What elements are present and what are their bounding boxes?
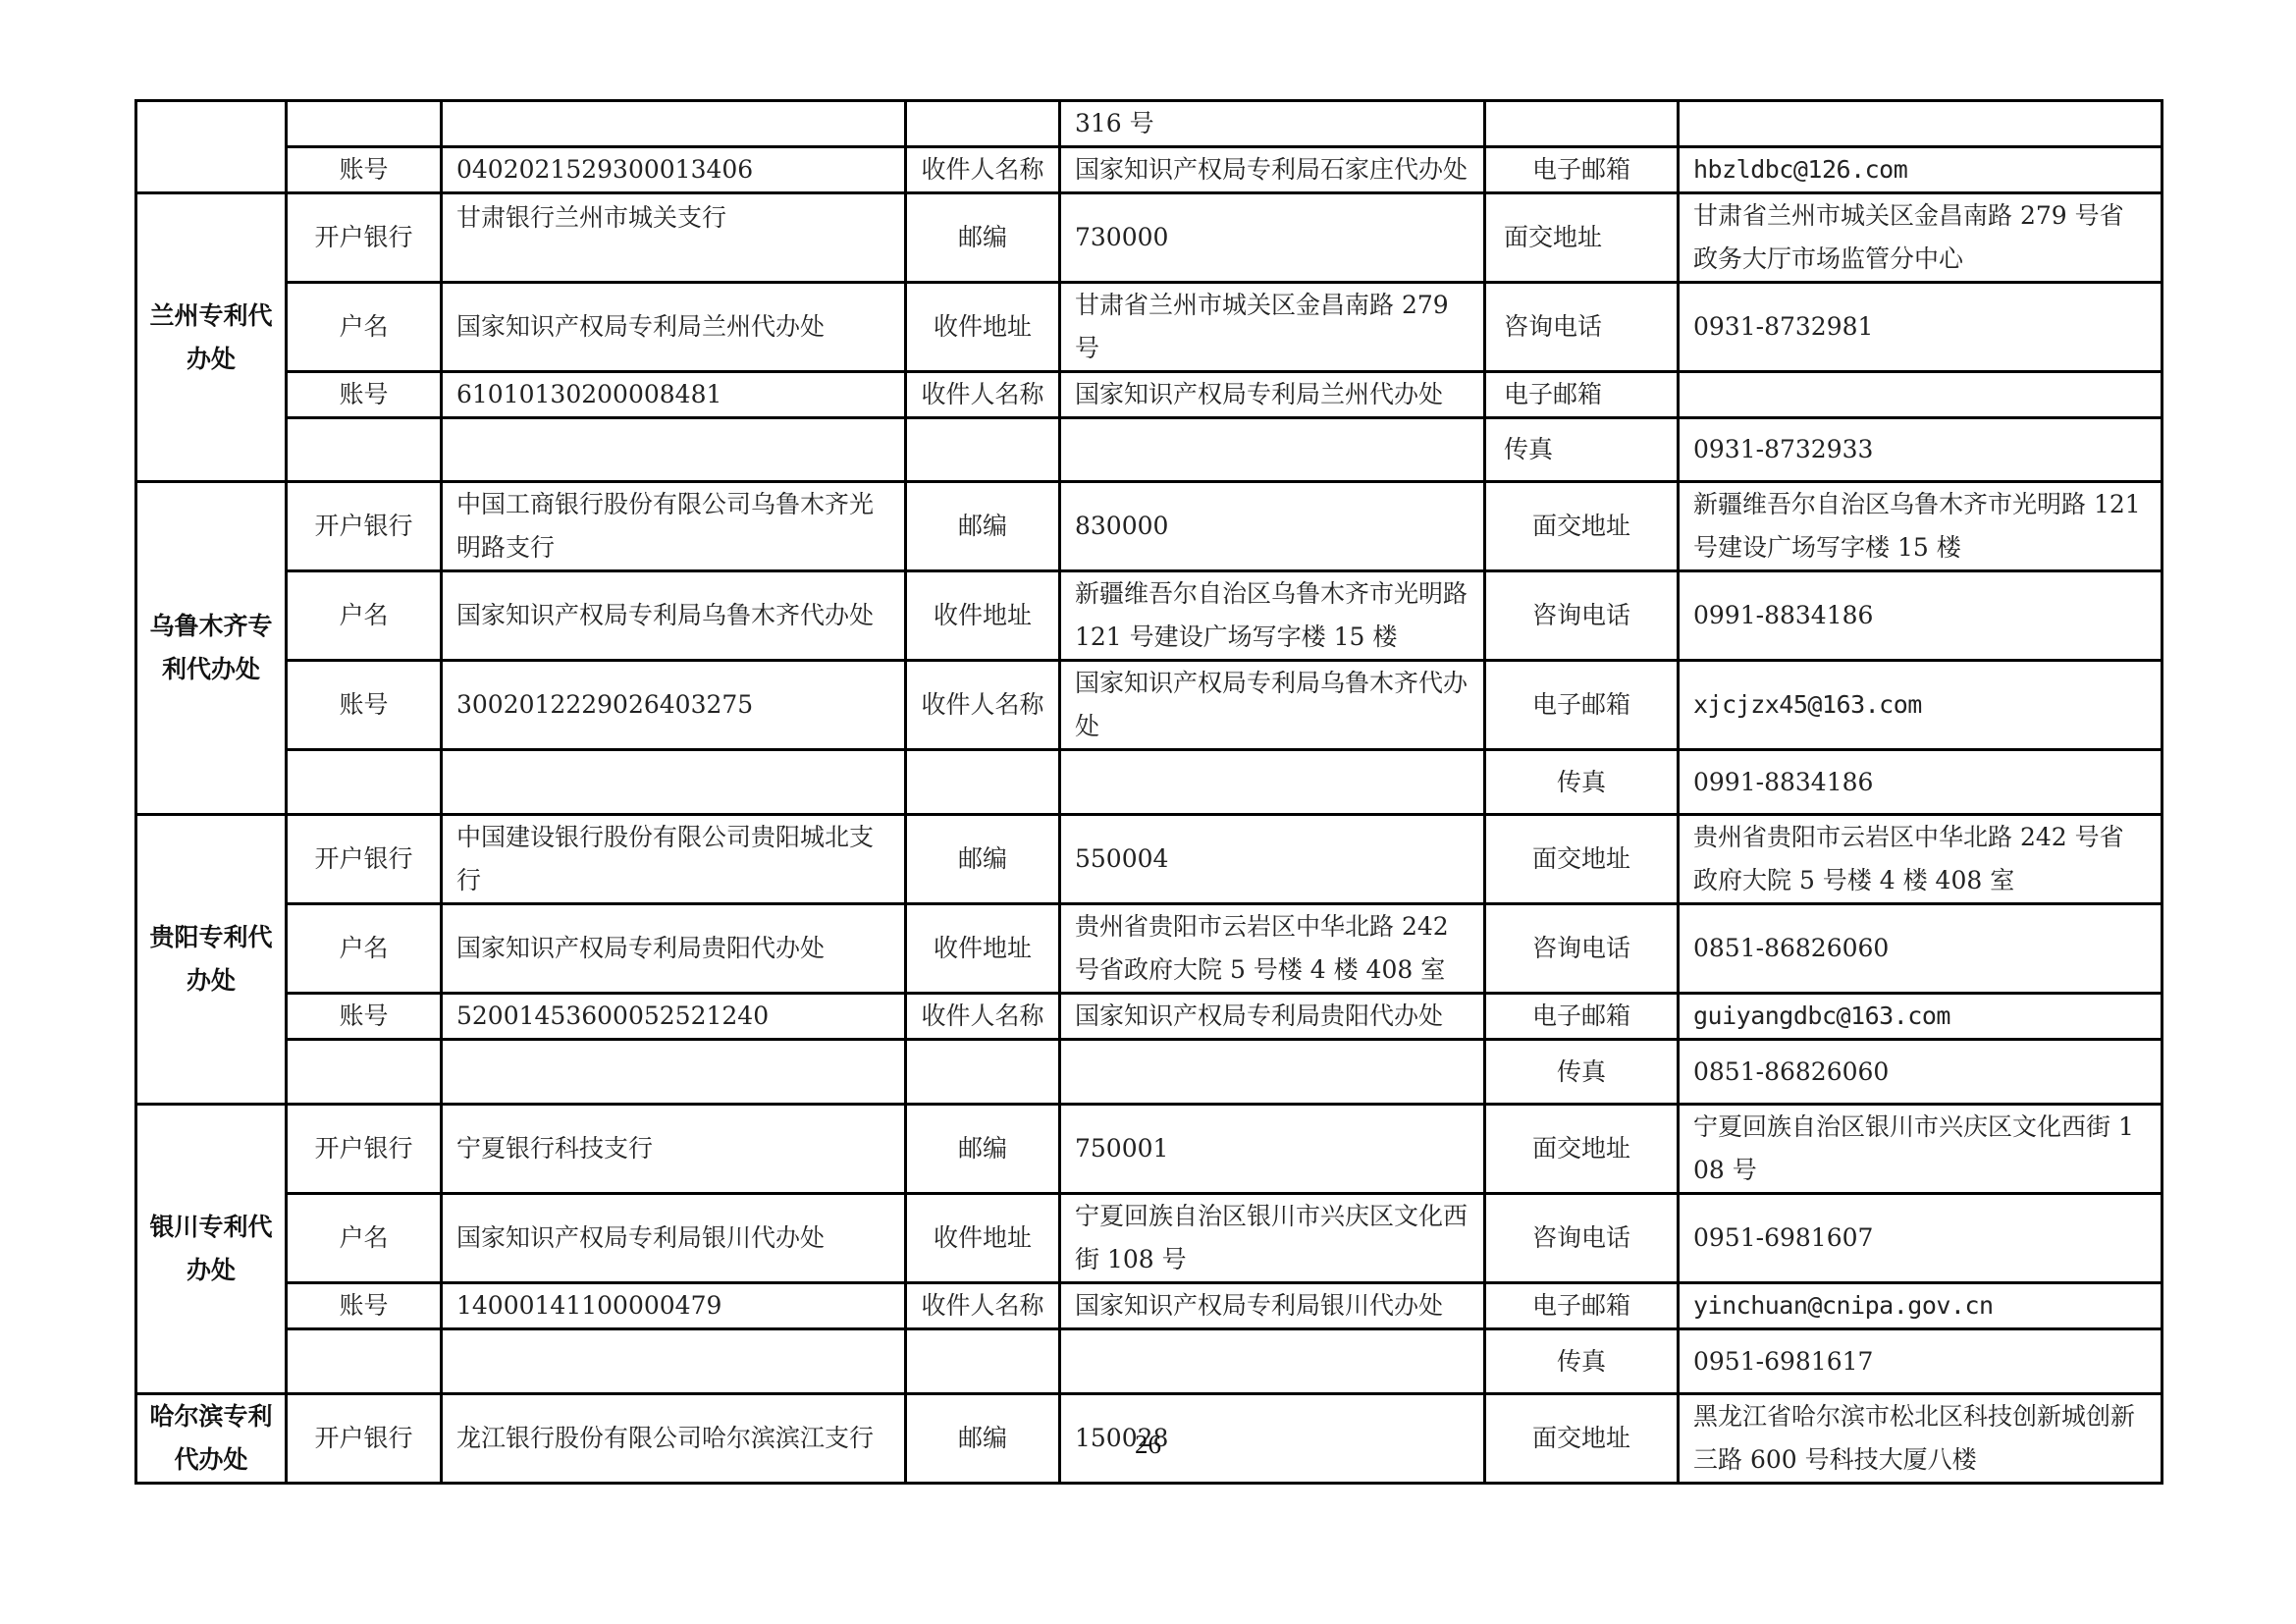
recipient: 国家知识产权局专利局银川代办处 — [1060, 1283, 1485, 1329]
recipient: 国家知识产权局专利局兰州代办处 — [1060, 372, 1485, 418]
fax: 0951-6981617 — [1679, 1329, 2163, 1394]
phone: 0991-8834186 — [1679, 571, 2163, 661]
office-address: 宁夏回族自治区银川市兴庆区文化西街 108 号 — [1679, 1105, 2163, 1194]
label-recipient: 收件人名称 — [906, 372, 1060, 418]
label-recipient: 收件人名称 — [906, 1283, 1060, 1329]
label-email: 电子邮箱 — [1485, 372, 1679, 418]
account-no: 52001453600052521240 — [442, 994, 906, 1040]
office-address: 甘肃省兰州市城关区金昌南路 279 号省政务大厅市场监管分中心 — [1679, 193, 2163, 283]
office-name: 兰州专利代办处 — [136, 193, 287, 482]
table-row: 传真 0851-86826060 — [136, 1040, 2163, 1105]
label-account-no: 账号 — [287, 661, 442, 750]
label-fax: 传真 — [1485, 418, 1679, 482]
label-office-address: 面交地址 — [1485, 193, 1679, 283]
account-name: 国家知识产权局专利局银川代办处 — [442, 1194, 906, 1283]
table-row: 传真 0931-8732933 — [136, 418, 2163, 482]
label-account-name: 户名 — [287, 1194, 442, 1283]
label-postcode: 邮编 — [906, 482, 1060, 571]
office-address: 贵州省贵阳市云岩区中华北路 242 号省政府大院 5 号楼 4 楼 408 室 — [1679, 815, 2163, 904]
email: guiyangdbc@163.com — [1679, 994, 2163, 1040]
office-name: 乌鲁木齐专利代办处 — [136, 482, 287, 815]
label-mail-address: 收件地址 — [906, 1194, 1060, 1283]
table-row: 户名 国家知识产权局专利局兰州代办处 收件地址 甘肃省兰州市城关区金昌南路 27… — [136, 283, 2163, 372]
bank: 甘肃银行兰州市城关支行 — [442, 193, 906, 283]
table-row: 传真 0991-8834186 — [136, 750, 2163, 815]
label-phone: 咨询电话 — [1485, 283, 1679, 372]
phone: 0931-8732981 — [1679, 283, 2163, 372]
postcode: 830000 — [1060, 482, 1485, 571]
address-tail: 316 号 — [1060, 101, 1485, 147]
account-no: 14000141100000479 — [442, 1283, 906, 1329]
label-fax: 传真 — [1485, 1040, 1679, 1105]
label-office-address: 面交地址 — [1485, 1105, 1679, 1194]
label-phone: 咨询电话 — [1485, 904, 1679, 994]
label-account-name: 户名 — [287, 571, 442, 661]
fax: 0931-8732933 — [1679, 418, 2163, 482]
table-row: 贵阳专利代办处 开户银行 中国建设银行股份有限公司贵阳城北支行 邮编 55000… — [136, 815, 2163, 904]
label-email: 电子邮箱 — [1485, 1283, 1679, 1329]
table-row: 账号 61010130200008481 收件人名称 国家知识产权局专利局兰州代… — [136, 372, 2163, 418]
label-account-no: 账号 — [287, 372, 442, 418]
account-name: 国家知识产权局专利局乌鲁木齐代办处 — [442, 571, 906, 661]
page-number: 26 — [0, 1430, 2296, 1460]
recipient: 国家知识产权局专利局乌鲁木齐代办处 — [1060, 661, 1485, 750]
email: yinchuan@cnipa.gov.cn — [1679, 1283, 2163, 1329]
postcode: 730000 — [1060, 193, 1485, 283]
table-row: 账号 14000141100000479 收件人名称 国家知识产权局专利局银川代… — [136, 1283, 2163, 1329]
label-postcode: 邮编 — [906, 815, 1060, 904]
phone: 0951-6981607 — [1679, 1194, 2163, 1283]
table-row: 户名 国家知识产权局专利局贵阳代办处 收件地址 贵州省贵阳市云岩区中华北路 24… — [136, 904, 2163, 994]
office-address: 新疆维吾尔自治区乌鲁木齐市光明路 121 号建设广场写字楼 15 楼 — [1679, 482, 2163, 571]
account-no: 3002012229026403275 — [442, 661, 906, 750]
office-name-cell — [136, 101, 287, 193]
bank: 中国工商银行股份有限公司乌鲁木齐光明路支行 — [442, 482, 906, 571]
label-bank: 开户银行 — [287, 482, 442, 571]
bank: 宁夏银行科技支行 — [442, 1105, 906, 1194]
mail-address: 甘肃省兰州市城关区金昌南路 279 号 — [1060, 283, 1485, 372]
bank: 中国建设银行股份有限公司贵阳城北支行 — [442, 815, 906, 904]
label-bank: 开户银行 — [287, 815, 442, 904]
email: hbzldbc@126.com — [1679, 147, 2163, 193]
mail-address: 宁夏回族自治区银川市兴庆区文化西街 108 号 — [1060, 1194, 1485, 1283]
label-recipient: 收件人名称 — [906, 661, 1060, 750]
label-phone: 咨询电话 — [1485, 1194, 1679, 1283]
label-mail-address: 收件地址 — [906, 904, 1060, 994]
patent-office-table: 316 号 账号 0402021529300013406 收件人名称 国家知识产… — [134, 99, 2163, 1485]
table-row: 账号 52001453600052521240 收件人名称 国家知识产权局专利局… — [136, 994, 2163, 1040]
account-no: 0402021529300013406 — [442, 147, 906, 193]
phone: 0851-86826060 — [1679, 904, 2163, 994]
label-postcode: 邮编 — [906, 193, 1060, 283]
label-email: 电子邮箱 — [1485, 661, 1679, 750]
label-account-name: 户名 — [287, 283, 442, 372]
postcode: 550004 — [1060, 815, 1485, 904]
table-row: 乌鲁木齐专利代办处 开户银行 中国工商银行股份有限公司乌鲁木齐光明路支行 邮编 … — [136, 482, 2163, 571]
label-recipient: 收件人名称 — [906, 994, 1060, 1040]
label-fax: 传真 — [1485, 1329, 1679, 1394]
label-office-address: 面交地址 — [1485, 815, 1679, 904]
account-name: 国家知识产权局专利局贵阳代办处 — [442, 904, 906, 994]
fax: 0991-8834186 — [1679, 750, 2163, 815]
label-fax: 传真 — [1485, 750, 1679, 815]
label-office-address: 面交地址 — [1485, 482, 1679, 571]
table-row: 兰州专利代办处 开户银行 甘肃银行兰州市城关支行 邮编 730000 面交地址 … — [136, 193, 2163, 283]
label-mail-address: 收件地址 — [906, 283, 1060, 372]
label-account-no: 账号 — [287, 994, 442, 1040]
label-phone: 咨询电话 — [1485, 571, 1679, 661]
label-mail-address: 收件地址 — [906, 571, 1060, 661]
office-name: 贵阳专利代办处 — [136, 815, 287, 1105]
email — [1679, 372, 2163, 418]
mail-address: 贵州省贵阳市云岩区中华北路 242 号省政府大院 5 号楼 4 楼 408 室 — [1060, 904, 1485, 994]
label-email: 电子邮箱 — [1485, 994, 1679, 1040]
recipient: 国家知识产权局专利局贵阳代办处 — [1060, 994, 1485, 1040]
table-row: 户名 国家知识产权局专利局乌鲁木齐代办处 收件地址 新疆维吾尔自治区乌鲁木齐市光… — [136, 571, 2163, 661]
label-postcode: 邮编 — [906, 1105, 1060, 1194]
account-name: 国家知识产权局专利局兰州代办处 — [442, 283, 906, 372]
label-account-no: 账号 — [287, 147, 442, 193]
table-row: 316 号 — [136, 101, 2163, 147]
fax: 0851-86826060 — [1679, 1040, 2163, 1105]
label-account-name: 户名 — [287, 904, 442, 994]
table-row: 银川专利代办处 开户银行 宁夏银行科技支行 邮编 750001 面交地址 宁夏回… — [136, 1105, 2163, 1194]
table-row: 账号 0402021529300013406 收件人名称 国家知识产权局专利局石… — [136, 147, 2163, 193]
email: xjcjzx45@163.com — [1679, 661, 2163, 750]
office-name: 银川专利代办处 — [136, 1105, 287, 1394]
label-bank: 开户银行 — [287, 193, 442, 283]
table-row: 户名 国家知识产权局专利局银川代办处 收件地址 宁夏回族自治区银川市兴庆区文化西… — [136, 1194, 2163, 1283]
table-row: 传真 0951-6981617 — [136, 1329, 2163, 1394]
label-account-no: 账号 — [287, 1283, 442, 1329]
account-no: 61010130200008481 — [442, 372, 906, 418]
label-recipient: 收件人名称 — [906, 147, 1060, 193]
postcode: 750001 — [1060, 1105, 1485, 1194]
table-row: 账号 3002012229026403275 收件人名称 国家知识产权局专利局乌… — [136, 661, 2163, 750]
label-bank: 开户银行 — [287, 1105, 442, 1194]
recipient: 国家知识产权局专利局石家庄代办处 — [1060, 147, 1485, 193]
label-email: 电子邮箱 — [1485, 147, 1679, 193]
mail-address: 新疆维吾尔自治区乌鲁木齐市光明路 121 号建设广场写字楼 15 楼 — [1060, 571, 1485, 661]
